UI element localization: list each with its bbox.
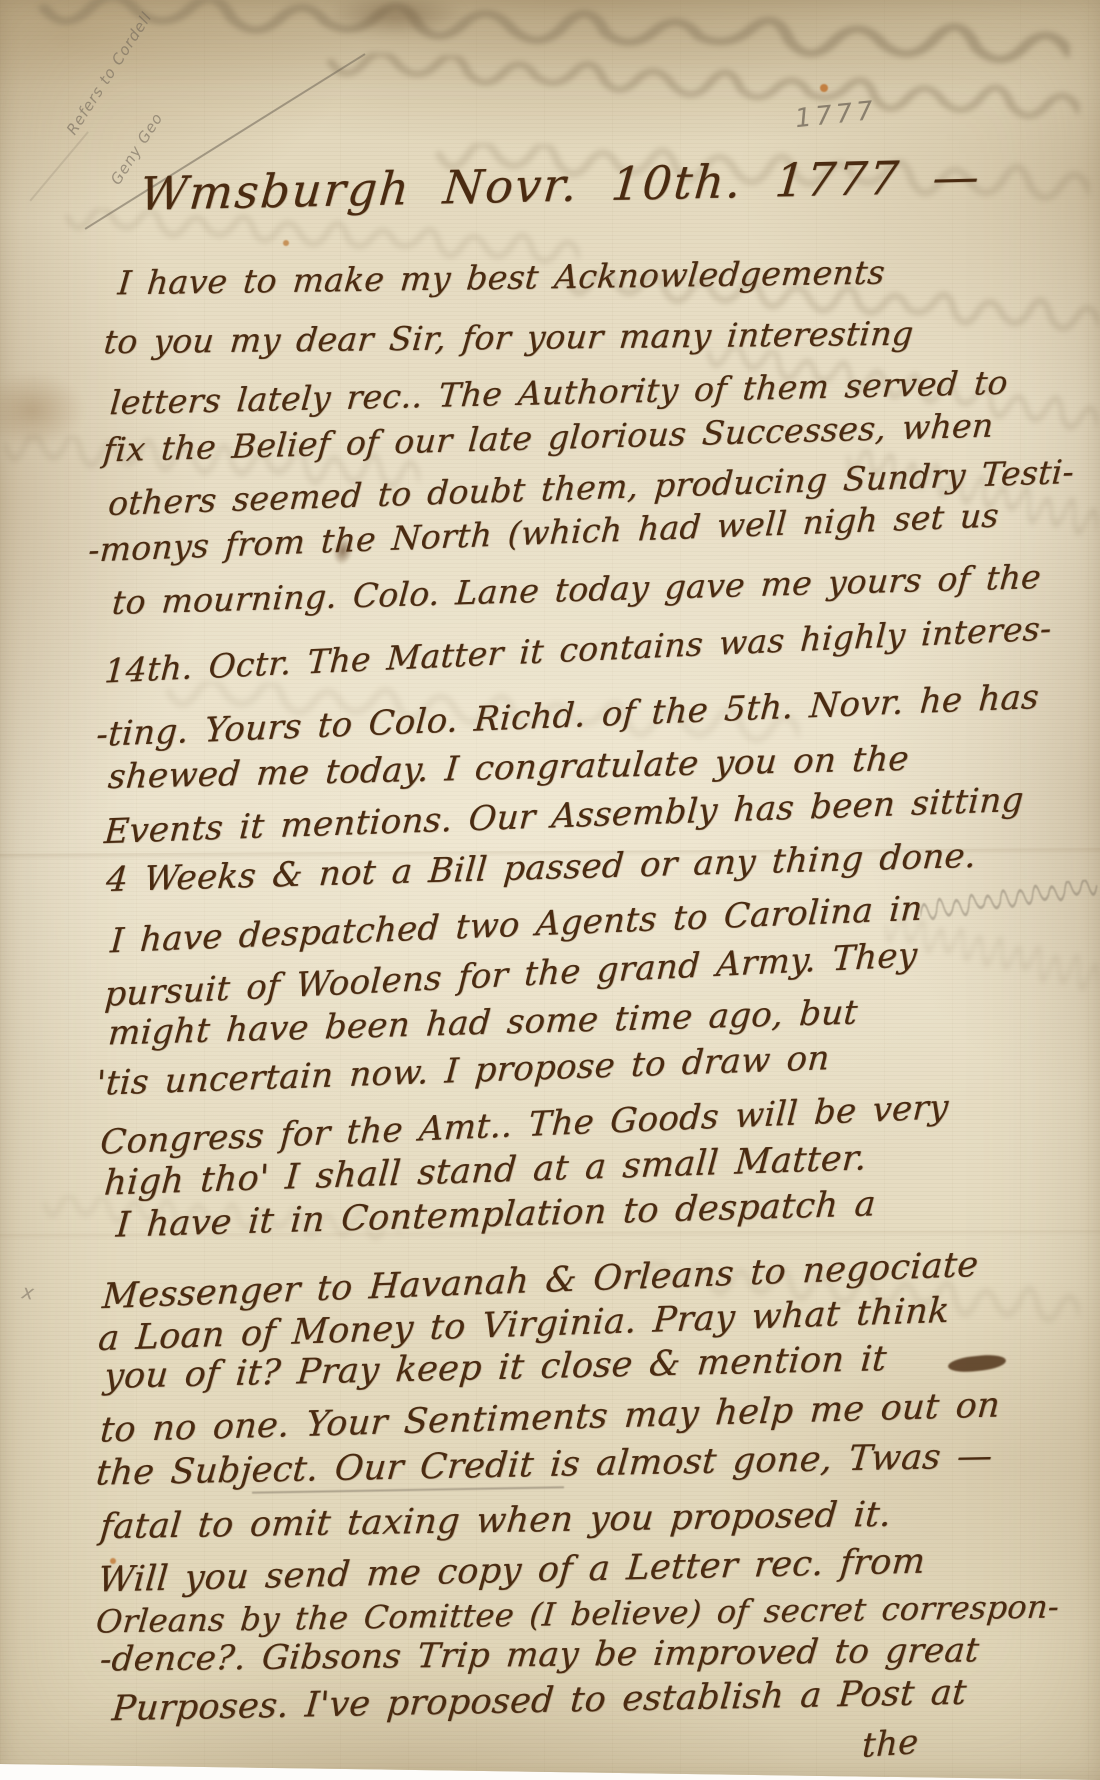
letter-catchword: the [861, 1722, 919, 1766]
foxing-spot [820, 84, 828, 92]
pencil-margin-mark: x [20, 1279, 35, 1304]
letter-dateline: Wmsburgh Novr. 10th. 1777 — [138, 149, 983, 221]
letter-line: Purposes. I've proposed to establish a P… [110, 1673, 968, 1729]
letter-line: to you my dear Sir, for your many intere… [102, 314, 915, 362]
letter-line: fatal to omit taxing when you proposed i… [98, 1495, 893, 1547]
letter-line: -dence?. Gibsons Trip may be improved to… [98, 1630, 981, 1679]
letter-line: I have to make my best Acknowledgements [116, 253, 886, 303]
foxing-spot [283, 240, 289, 246]
pencil-scribble-carolina [919, 879, 1100, 929]
letter-paper: Refers to Cordell Geny Geo 1777 x Wmsbur… [0, 0, 1100, 1780]
pencil-corner-note-line1: Refers to Cordell [63, 9, 156, 138]
letter-line: to mourning. Colo. Lane today gave me yo… [111, 557, 1043, 622]
bleedthrough-stroke [30, 0, 1071, 77]
bleedthrough-stroke [319, 51, 1080, 131]
smudge [300, 0, 490, 44]
manuscript-scan: Refers to Cordell Geny Geo 1777 x Wmsbur… [0, 0, 1100, 1780]
letter-line: 14th. Octr. The Matter it contains was h… [103, 608, 1052, 690]
pencil-year-note: 1777 [794, 96, 879, 134]
pencil-diagonal-line [29, 131, 88, 201]
ink-blot [947, 1353, 1006, 1374]
stain [0, 360, 102, 460]
